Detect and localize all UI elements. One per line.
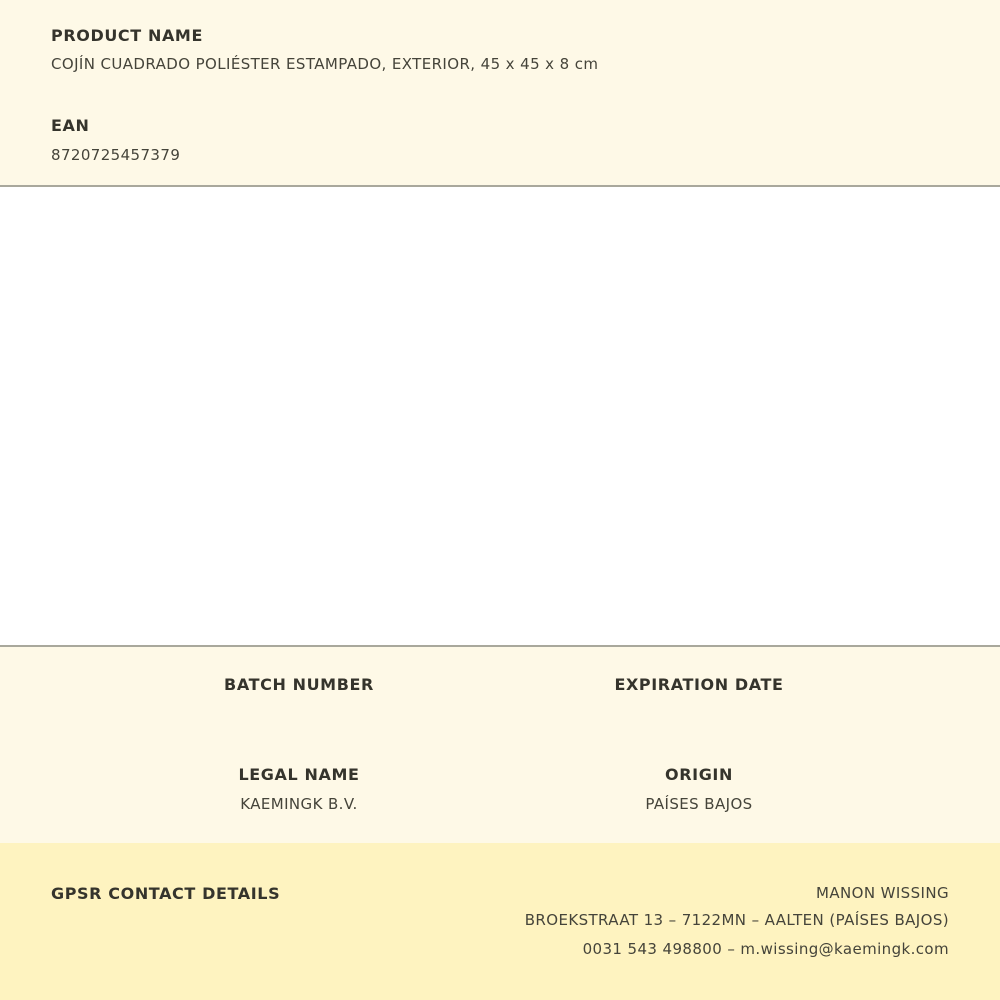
batch-legal-section: BATCH NUMBER EXPIRATION DATE LEGAL NAME … (0, 645, 1000, 845)
gpsr-contact-label: GPSR CONTACT DETAILS (51, 884, 280, 903)
gpsr-contact-name: MANON WISSING (816, 884, 949, 902)
gpsr-contact-phone-email: 0031 543 498800 – m.wissing@kaemingk.com (583, 940, 949, 958)
legal-name-label: LEGAL NAME (99, 765, 499, 784)
product-name-label: PRODUCT NAME (51, 26, 203, 45)
product-info-section: PRODUCT NAME COJÍN CUADRADO POLIÉSTER ES… (0, 0, 1000, 187)
expiration-date-label: EXPIRATION DATE (499, 675, 899, 694)
gpsr-contact-section: GPSR CONTACT DETAILS MANON WISSING BROEK… (0, 843, 1000, 1000)
product-name-value: COJÍN CUADRADO POLIÉSTER ESTAMPADO, EXTE… (51, 55, 598, 73)
blank-content-area (0, 187, 1000, 645)
gpsr-contact-address: BROEKSTRAAT 13 – 7122MN – AALTEN (PAÍSES… (525, 911, 949, 929)
origin-label: ORIGIN (499, 765, 899, 784)
batch-number-label: BATCH NUMBER (99, 675, 499, 694)
legal-name-value: KAEMINGK B.V. (99, 795, 499, 813)
ean-label: EAN (51, 116, 90, 135)
origin-value: PAÍSES BAJOS (499, 795, 899, 813)
ean-value: 8720725457379 (51, 146, 180, 164)
